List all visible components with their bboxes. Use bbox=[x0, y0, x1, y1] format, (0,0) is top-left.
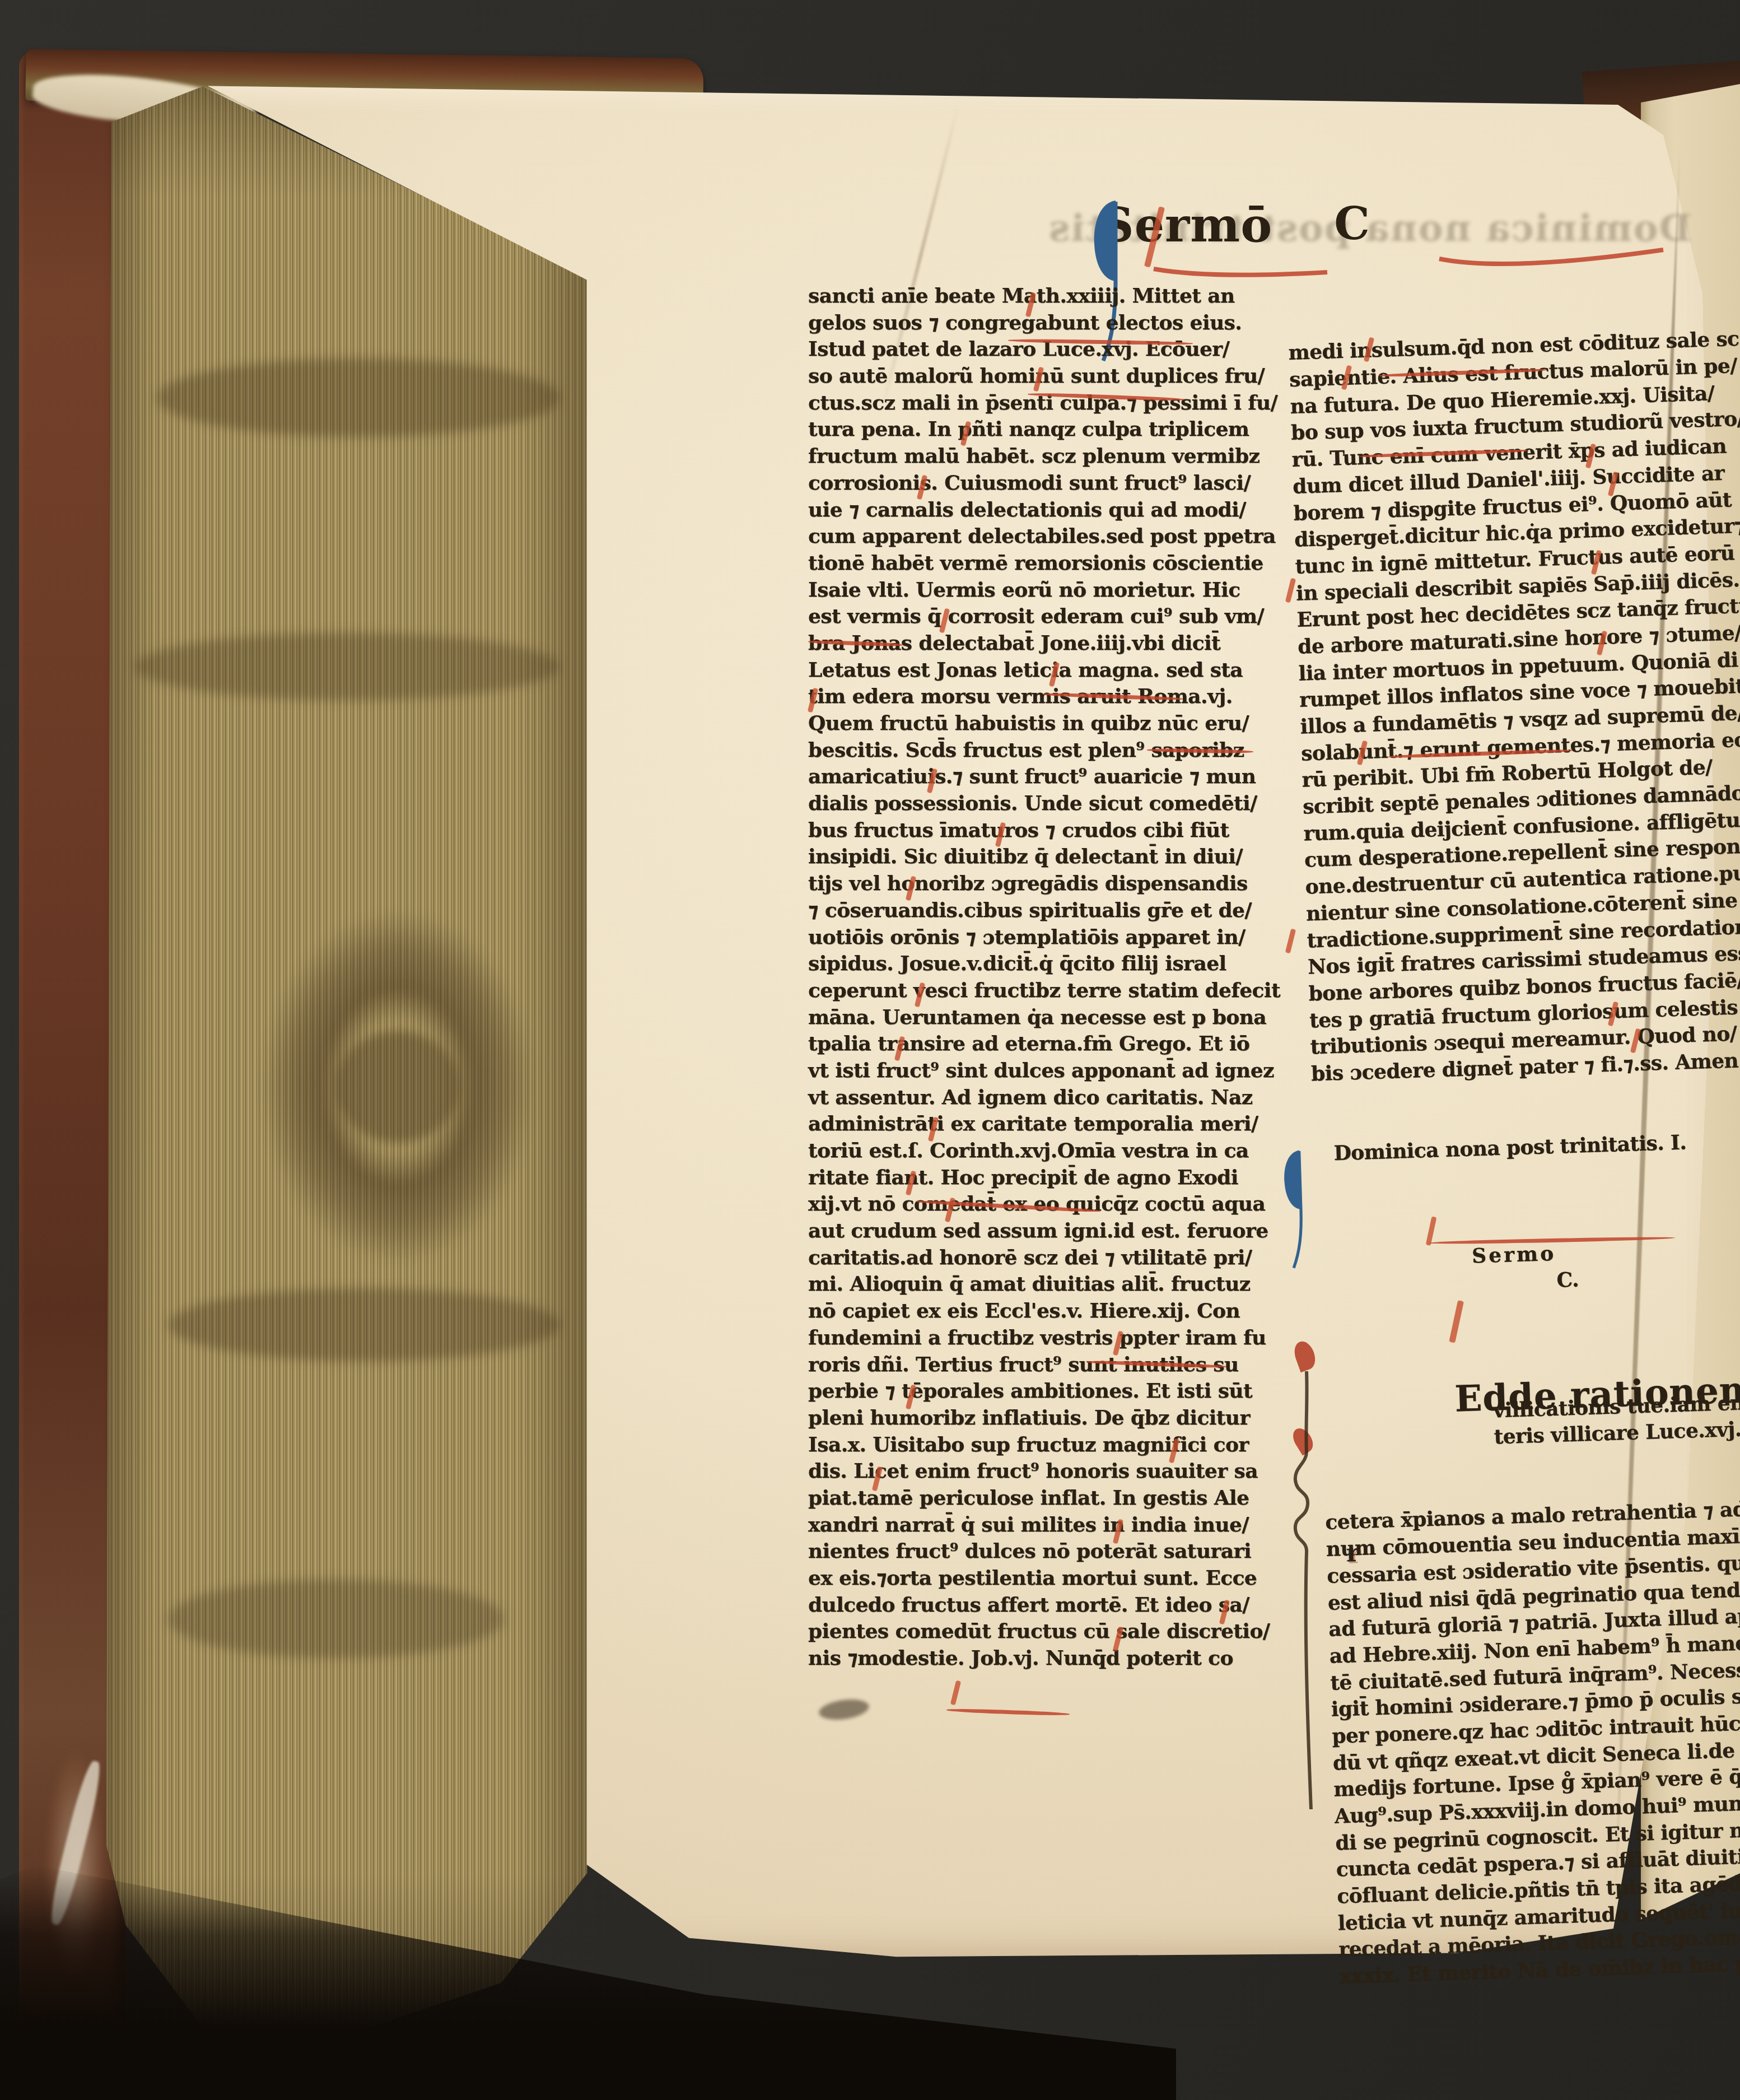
text-line: toriū est.ſ. Corinth.xvj.Omīa vestra in … bbox=[808, 1138, 1281, 1165]
text-line: uotiōis orōnis ⁊ ɔtemplatiōis apparet in… bbox=[808, 924, 1281, 951]
sermon-incipit: R r Edde rationem bbox=[1318, 1287, 1740, 1349]
text-line: uie ⁊ carnalis delectationis qui ad modi… bbox=[808, 497, 1281, 524]
text-line: administrāti ex caritate temporalia meri… bbox=[808, 1111, 1281, 1138]
text-line: Quem fructū habuistis in quibz nūc eru/ bbox=[808, 710, 1281, 737]
text-line: Isaie vlti. Uermis eorũ nō morietur. Hic bbox=[808, 577, 1281, 604]
text-line: tionē habēt vermē remorsionis cōscientie bbox=[808, 550, 1281, 577]
text-line: dulcedo fructus affert mortē. Et ideo sa… bbox=[808, 1592, 1281, 1619]
text-line: tijs vel honoribz ɔgregādis dispensandis bbox=[808, 870, 1281, 897]
text-line: corrosionis. Cuiusmodi sunt fruct⁹ lasci… bbox=[808, 470, 1281, 497]
sermo-heading-numeral: C. bbox=[1556, 1268, 1579, 1292]
text-line: bus fructus īmaturos ⁊ crudos cibi fiūt bbox=[808, 817, 1281, 844]
text-line: dialis possessionis. Unde sicut comedēti… bbox=[808, 790, 1281, 817]
text-line: piat.tamē periculose inflat. In gestis A… bbox=[808, 1485, 1281, 1512]
text-line: est vermis q̄ corrosit ederam cui⁹ sub v… bbox=[808, 603, 1281, 630]
incipit-large-text: Edde rationem bbox=[1454, 1367, 1740, 1422]
guide-letter: r bbox=[1343, 1447, 1363, 1660]
text-line: pientes comedūt fructus cū sale discreti… bbox=[808, 1618, 1281, 1645]
fore-edge-smudge bbox=[168, 1580, 504, 1658]
text-line: xandri narrat̄ q̇ sui milites in india i… bbox=[808, 1512, 1281, 1539]
text-line: so autē malorũ hominū sunt duplices fru/ bbox=[808, 363, 1281, 390]
text-line: ex eis.⁊orta pestilentia mortui sunt. Ec… bbox=[808, 1565, 1281, 1592]
fore-edge-smudge bbox=[134, 633, 560, 700]
text-line: māna. Ueruntamen q̇a necesse est p bona bbox=[808, 1004, 1281, 1031]
text-line: vt assentur. Ad ignem dico caritatis. Na… bbox=[808, 1084, 1281, 1111]
text-column-right: medi insulsum.q̄d non est cōdituz sale s… bbox=[1286, 273, 1740, 2044]
text-line: perbie ⁊ tēporales ambitiones. Et isti s… bbox=[808, 1378, 1281, 1405]
text-line: vt isti fruct⁹ sint dulces apponant̄ ad … bbox=[808, 1058, 1281, 1084]
text-line: tura pena. In pñti nanqz culpa triplicem bbox=[808, 416, 1281, 443]
section-rubric-text: Dominica nona post trinitatis. I. bbox=[1333, 1129, 1687, 1167]
text-line: fundemini a fructibz vestris ppter iram … bbox=[808, 1325, 1281, 1352]
text-line: Isa.x. Uisitabo sup fructuz magnifici co… bbox=[808, 1432, 1281, 1459]
text-line: tim edera morsu vermis aruit Roma.vj. bbox=[808, 683, 1281, 710]
sermo-heading-word: Sermo bbox=[1471, 1242, 1556, 1268]
running-title-word: Sermō bbox=[1100, 197, 1272, 253]
text-line: amaricatiuis.⁊ sunt fruct⁹ auaricie ⁊ mu… bbox=[808, 763, 1281, 790]
blue-paraph-icon bbox=[1281, 1139, 1310, 1280]
fore-edge-stamp-core bbox=[336, 1031, 459, 1143]
text-line: nis ⁊modestie. Job.vj. Nunq̄d poterit co bbox=[808, 1645, 1281, 1672]
text-line: gelos suos ⁊ congregabunt electos eius. bbox=[808, 310, 1281, 337]
text-line: tpalia transire ad eterna.fm̄ Grego. Et … bbox=[808, 1031, 1281, 1058]
sermo-heading: Sermo C. bbox=[1430, 1207, 1740, 1245]
text-line: sipidus. Josue.v.dicit̄.q̇ q̄cito filij … bbox=[808, 951, 1281, 977]
text-line: nō capiet ex eis Eccl'es.v. Hiere.xij. C… bbox=[808, 1298, 1281, 1325]
fore-edge-smudge bbox=[168, 1288, 560, 1361]
right-column-block1: medi insulsum.q̄d non est cōdituz sale s… bbox=[1288, 326, 1740, 1088]
photograph-of-open-book: Dominica nona post trinitatis Sermō C sa… bbox=[0, 0, 1740, 2100]
text-line: aut crudum sed assum igni.id est. feruor… bbox=[808, 1218, 1281, 1245]
text-line: cum apparent delectabiles.sed post ppetr… bbox=[808, 523, 1281, 550]
section-rubric: Dominica nona post trinitatis. I. bbox=[1313, 1127, 1740, 1168]
text-line: caritatis.ad honorē scz dei ⁊ vtilitatē … bbox=[808, 1245, 1281, 1272]
text-line: xij.vt nō comedat̄ ex eo quicq̄z coctū a… bbox=[808, 1191, 1281, 1218]
text-line: mi. Alioquin q̄ amat diuitias alit̄. fru… bbox=[808, 1271, 1281, 1298]
text-line: ritate fiant. Hoc precipit̄ de agno Exod… bbox=[808, 1165, 1281, 1191]
text-line: ⁊ cōseruandis.cibus spiritualis gr̄e et … bbox=[808, 897, 1281, 924]
text-line: Letatus est Jonas leticia magna. sed sta bbox=[808, 657, 1281, 684]
rubrication-stroke bbox=[1426, 1217, 1437, 1246]
running-title-numeral: C bbox=[1334, 197, 1370, 250]
text-line: ceperunt vesci fructibz terre statim def… bbox=[808, 977, 1281, 1004]
text-line: pleni humoribz inflatiuis. De q̄bz dicit… bbox=[808, 1405, 1281, 1432]
text-line: insipidi. Sic diuitibz q̄ delectant̄ in … bbox=[808, 844, 1281, 870]
text-line: nientes fruct⁹ dulces nō poterāt saturar… bbox=[808, 1538, 1281, 1565]
marginal-brace-mark bbox=[1285, 1367, 1330, 1820]
fore-edge-smudge bbox=[157, 358, 560, 437]
text-line: sancti anīe beate Math.xxiiij. Mittet an bbox=[808, 283, 1281, 310]
text-line: fructum malū habēt. scz plenum vermibz bbox=[808, 443, 1281, 470]
text-column-left: sancti anīe beate Math.xxiiij. Mittet an… bbox=[808, 283, 1281, 1672]
